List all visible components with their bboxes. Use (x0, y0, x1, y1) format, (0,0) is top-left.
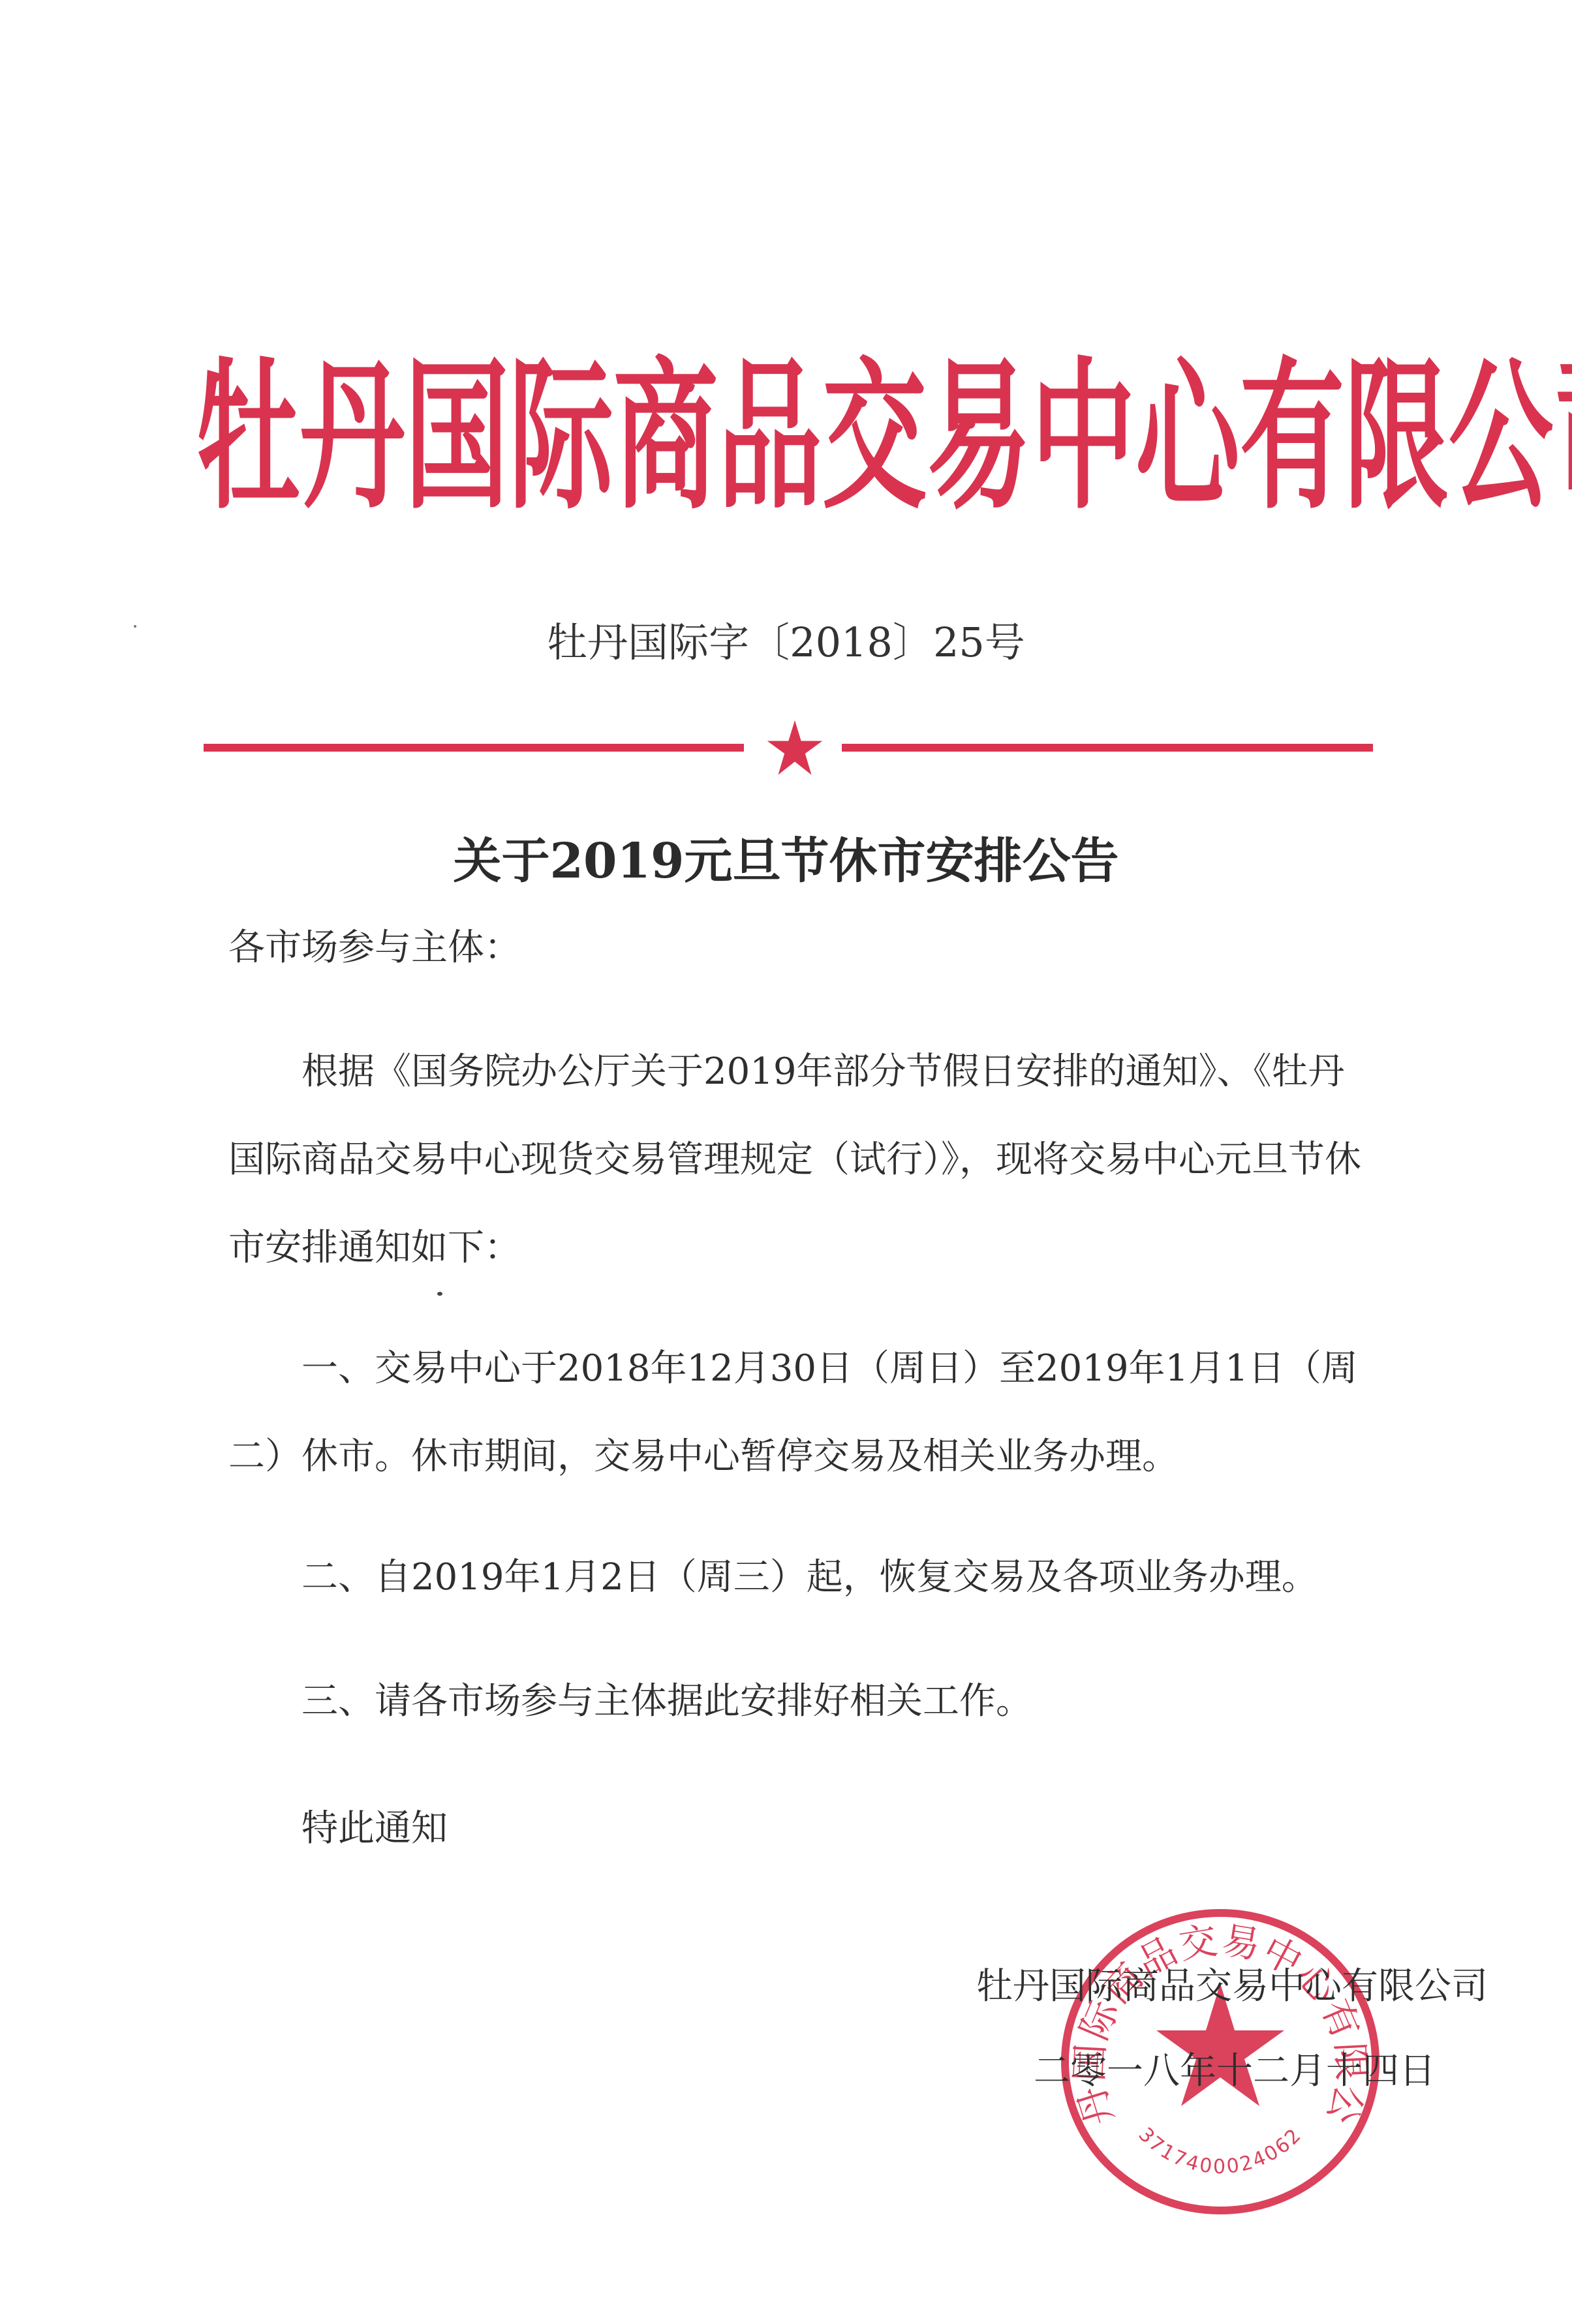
item-3: 三、请各市场参与主体据此安排好相关工作。 (228, 1657, 1364, 1745)
red-rule-left (204, 744, 744, 752)
notice-title: 关于2019元旦节休市安排公告 (0, 829, 1572, 894)
document-number: 牡丹国际字〔2018〕25号 (0, 617, 1572, 669)
scan-speck (437, 1292, 442, 1296)
salutation: 各市场参与主体： (228, 904, 1364, 992)
signature-date: 二零一八年十二月十四日 (933, 2045, 1436, 2098)
scan-speck (134, 625, 136, 628)
item-2: 二、自2019年1月2日（周三）起，恢复交易及各项业务办理。 (228, 1533, 1364, 1621)
star-icon (766, 720, 824, 778)
red-rule-right (842, 744, 1373, 752)
signature-company: 牡丹国际商品交易中心有限公司 (933, 1961, 1488, 2013)
masthead-title: 牡丹国际商品交易中心有限公司文件 (196, 306, 1403, 569)
item-1: 一、交易中心于2018年12月30日（周日）至2019年1月1日（周二）休市。休… (228, 1324, 1364, 1501)
svg-text:3717400024062: 3717400024062 (1133, 2123, 1306, 2178)
intro-paragraph: 根据《国务院办公厅关于2019年部分节假日安排的通知》、《牡丹国际商品交易中心现… (228, 1028, 1364, 1292)
seal-code: 3717400024062 (1133, 2123, 1306, 2178)
closing-remark: 特此通知 (228, 1784, 1364, 1873)
